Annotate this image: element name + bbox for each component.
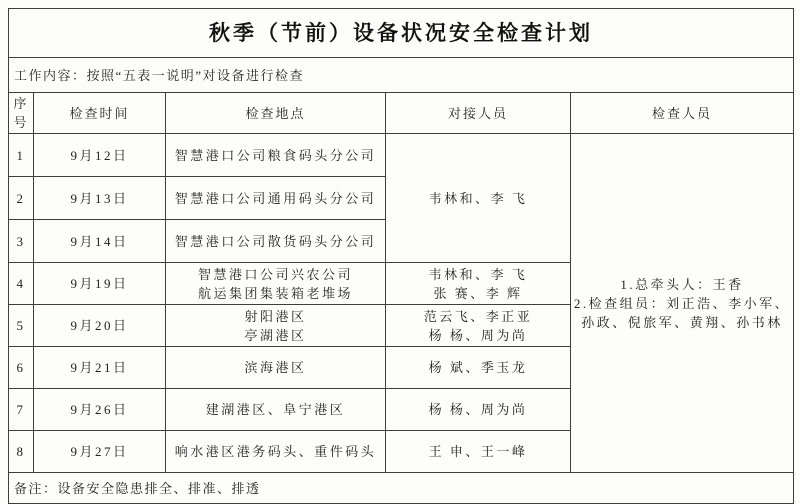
contact-rows-1-3: 韦林和、李 飞 <box>386 134 571 263</box>
document-title: 秋季（节前）设备状况安全检查计划 <box>9 9 794 58</box>
row-6-date: 9月21日 <box>34 347 166 389</box>
row-2-seq: 2 <box>9 177 34 220</box>
row-4-contact: 韦林和、李 飞 张 赛、李 辉 <box>386 263 571 305</box>
col-header-inspector: 检查人员 <box>571 93 794 134</box>
row-8-location: 响水港区港务码头、重件码头 <box>166 431 386 473</box>
row-1-date: 9月12日 <box>34 134 166 177</box>
remark: 备注：设备安全隐患排全、排准、排透 <box>9 473 794 503</box>
row-4-seq: 4 <box>9 263 34 305</box>
row-4-location: 智慧港口公司兴农公司 航运集团集装箱老堆场 <box>166 263 386 305</box>
work-content: 工作内容：按照“五表一说明”对设备进行检查 <box>9 58 794 93</box>
row-5-date: 9月20日 <box>34 305 166 347</box>
row-1-seq: 1 <box>9 134 34 177</box>
row-7-date: 9月26日 <box>34 389 166 431</box>
row-2-location: 智慧港口公司通用码头分公司 <box>166 177 386 220</box>
row-4-date: 9月19日 <box>34 263 166 305</box>
row-6-location: 滨海港区 <box>166 347 386 389</box>
row-3-date: 9月14日 <box>34 220 166 263</box>
inspection-plan-table: 秋季（节前）设备状况安全检查计划 工作内容：按照“五表一说明”对设备进行检查 序… <box>8 8 794 502</box>
inspection-plan-sheet: 秋季（节前）设备状况安全检查计划 工作内容：按照“五表一说明”对设备进行检查 序… <box>8 8 793 502</box>
row-8-date: 9月27日 <box>34 431 166 473</box>
row-7-location: 建湖港区、阜宁港区 <box>166 389 386 431</box>
row-5-contact: 范云飞、李正亚 杨 杨、周为尚 <box>386 305 571 347</box>
row-5-seq: 5 <box>9 305 34 347</box>
col-header-contact: 对接人员 <box>386 93 571 134</box>
row-2-date: 9月13日 <box>34 177 166 220</box>
row-6-contact: 杨 斌、季玉龙 <box>386 347 571 389</box>
row-6-seq: 6 <box>9 347 34 389</box>
row-5-location: 射阳港区 亭湖港区 <box>166 305 386 347</box>
col-header-time: 检查时间 <box>34 93 166 134</box>
col-header-location: 检查地点 <box>166 93 386 134</box>
table-row: 1 9月12日 智慧港口公司粮食码头分公司 韦林和、李 飞 1.总牵头人：王香 … <box>9 134 794 177</box>
row-7-contact: 杨 杨、周为尚 <box>386 389 571 431</box>
col-header-seq: 序号 <box>9 93 34 134</box>
row-3-location: 智慧港口公司散货码头分公司 <box>166 220 386 263</box>
row-7-seq: 7 <box>9 389 34 431</box>
row-8-contact: 王 申、王一峰 <box>386 431 571 473</box>
row-1-location: 智慧港口公司粮食码头分公司 <box>166 134 386 177</box>
row-3-seq: 3 <box>9 220 34 263</box>
row-8-seq: 8 <box>9 431 34 473</box>
inspectors-cell: 1.总牵头人：王香 2.检查组员：刘正浩、李小军、孙政、倪旅军、黄翔、孙书林 <box>571 134 794 473</box>
